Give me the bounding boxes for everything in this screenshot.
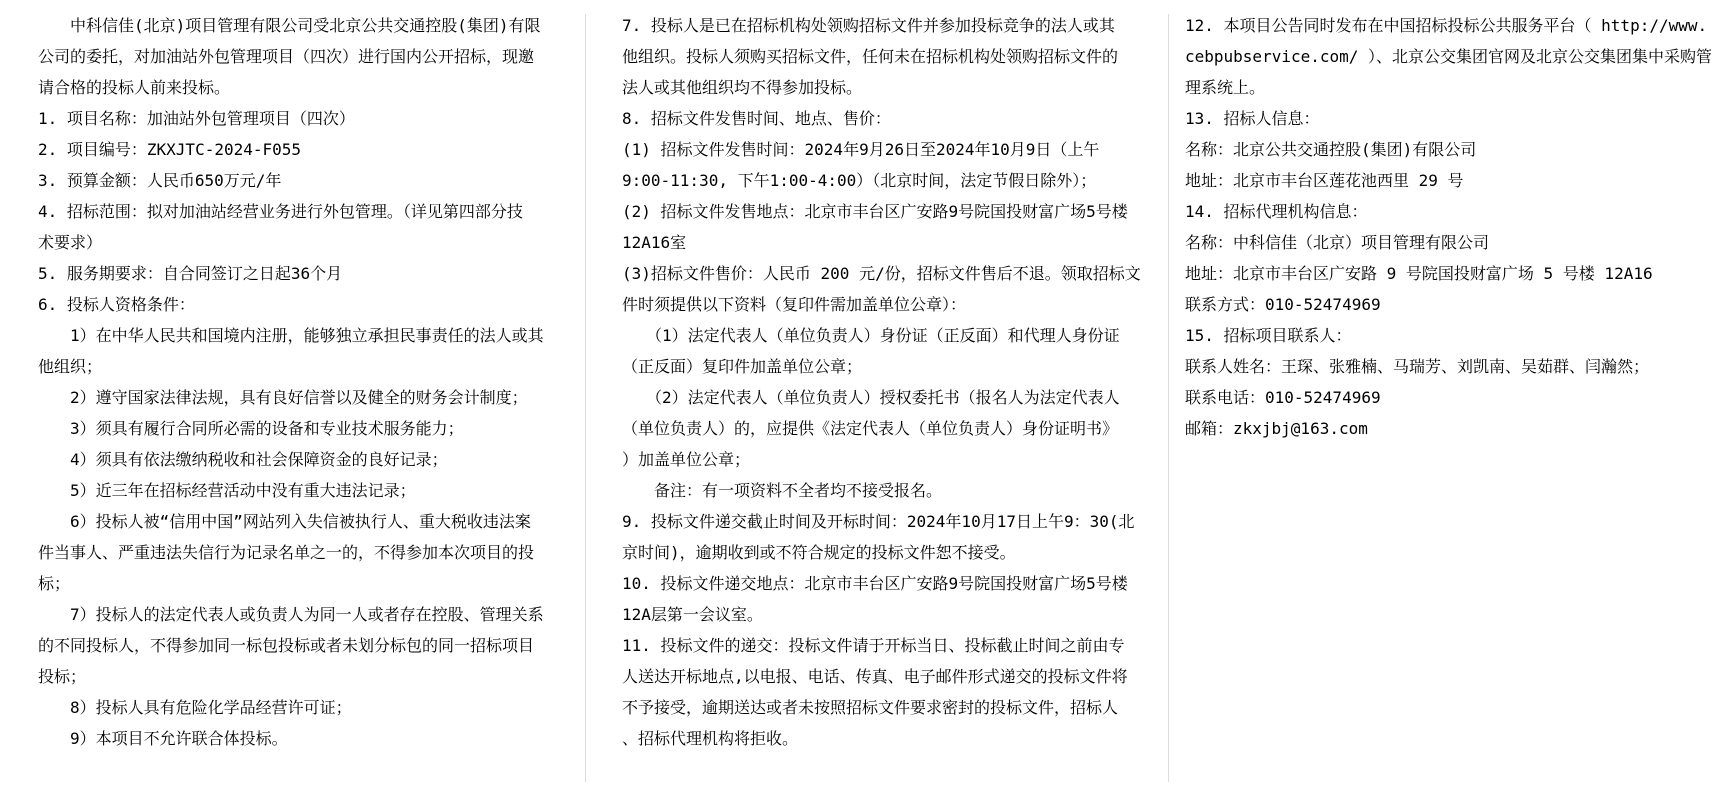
text-line: 他组织； xyxy=(38,351,583,382)
text-line: 中科信佳(北京)项目管理有限公司受北京公共交通控股(集团)有限 xyxy=(38,10,583,41)
text-line: 件当事人、严重违法失信行为记录名单之一的，不得参加本次项目的投 xyxy=(38,537,583,568)
text-line: 9:00-11:30, 下午1:00-4:00）（北京时间，法定节假日除外）； xyxy=(622,165,1127,196)
text-line: 地址：北京市丰台区莲花池西里 29 号 xyxy=(1185,165,1615,196)
document-page: 中科信佳(北京)项目管理有限公司受北京公共交通控股(集团)有限公司的委托，对加油… xyxy=(0,0,1724,787)
column-divider-1 xyxy=(585,14,586,782)
text-column-1: 中科信佳(北京)项目管理有限公司受北京公共交通控股(集团)有限公司的委托，对加油… xyxy=(38,10,583,754)
text-line: 3. 预算金额：人民币650万元/年 xyxy=(38,165,583,196)
text-line: 12. 本项目公告同时发布在中国招标投标公共服务平台（ http://www. xyxy=(1185,10,1615,41)
text-line: （单位负责人）的，应提供《法定代表人（单位负责人）身份证明书》 xyxy=(622,413,1127,444)
text-line: 、招标代理机构将拒收。 xyxy=(622,723,1127,754)
text-line: 9）本项目不允许联合体投标。 xyxy=(38,723,583,754)
text-line: 法人或其他组织均不得参加投标。 xyxy=(622,72,1127,103)
text-line: 件时须提供以下资料（复印件需加盖单位公章）： xyxy=(622,289,1127,320)
text-line: 8. 招标文件发售时间、地点、售价： xyxy=(622,103,1127,134)
text-line: 12A16室 xyxy=(622,227,1127,258)
text-line: (1) 招标文件发售时间：2024年9月26日至2024年10月9日（上午 xyxy=(622,134,1127,165)
text-line: 11. 投标文件的递交：投标文件请于开标当日、投标截止时间之前由专 xyxy=(622,630,1127,661)
text-line: 联系人姓名：王琛、张雅楠、马瑞芳、刘凯南、吴茹群、闫瀚然； xyxy=(1185,351,1615,382)
text-line: 1. 项目名称：加油站外包管理项目（四次） xyxy=(38,103,583,134)
text-line: 4）须具有依法缴纳税收和社会保障资金的良好记录； xyxy=(38,444,583,475)
text-line: 地址：北京市丰台区广安路 9 号院国投财富广场 5 号楼 12A16 xyxy=(1185,258,1615,289)
text-line: 12A层第一会议室。 xyxy=(622,599,1127,630)
text-line: 6）投标人被“信用中国”网站列入失信被执行人、重大税收违法案 xyxy=(38,506,583,537)
text-line: 6. 投标人资格条件： xyxy=(38,289,583,320)
text-line: 投标； xyxy=(38,661,583,692)
text-line: ）加盖单位公章； xyxy=(622,444,1127,475)
text-line: 名称：北京公共交通控股(集团)有限公司 xyxy=(1185,134,1615,165)
text-line: 理系统上。 xyxy=(1185,72,1615,103)
text-line: 邮箱：zkxjbj@163.com xyxy=(1185,413,1615,444)
text-line: 9. 投标文件递交截止时间及开标时间：2024年10月17日上午9：30(北 xyxy=(622,506,1127,537)
text-line: 5）近三年在招标经营活动中没有重大违法记录； xyxy=(38,475,583,506)
text-line: 术要求） xyxy=(38,227,583,258)
text-line: 他组织。投标人须购买招标文件，任何未在招标机构处领购招标文件的 xyxy=(622,41,1127,72)
text-line: 7）投标人的法定代表人或负责人为同一人或者存在控股、管理关系 xyxy=(38,599,583,630)
text-line: （正反面）复印件加盖单位公章； xyxy=(622,351,1127,382)
column-divider-2 xyxy=(1168,14,1169,782)
text-line: 8）投标人具有危险化学品经营许可证； xyxy=(38,692,583,723)
text-line: 1）在中华人民共和国境内注册，能够独立承担民事责任的法人或其 xyxy=(38,320,583,351)
text-column-3: 12. 本项目公告同时发布在中国招标投标公共服务平台（ http://www.c… xyxy=(1185,10,1615,444)
text-line: 京时间)，逾期收到或不符合规定的投标文件恕不接受。 xyxy=(622,537,1127,568)
text-line: 请合格的投标人前来投标。 xyxy=(38,72,583,103)
text-line: 的不同投标人，不得参加同一标包投标或者未划分标包的同一招标项目 xyxy=(38,630,583,661)
text-line: 标； xyxy=(38,568,583,599)
text-line: （1）法定代表人（单位负责人）身份证（正反面）和代理人身份证 xyxy=(622,320,1127,351)
text-line: 备注：有一项资料不全者均不接受报名。 xyxy=(622,475,1127,506)
text-line: 7. 投标人是已在招标机构处领购招标文件并参加投标竞争的法人或其 xyxy=(622,10,1127,41)
text-line: 4. 招标范围：拟对加油站经营业务进行外包管理。（详见第四部分技 xyxy=(38,196,583,227)
text-line: 2）遵守国家法律法规，具有良好信誉以及健全的财务会计制度； xyxy=(38,382,583,413)
text-line: 3）须具有履行合同所必需的设备和专业技术服务能力； xyxy=(38,413,583,444)
text-line: 联系方式：010-52474969 xyxy=(1185,289,1615,320)
text-column-2: 7. 投标人是已在招标机构处领购招标文件并参加投标竞争的法人或其他组织。投标人须… xyxy=(622,10,1127,754)
text-line: 名称：中科信佳（北京）项目管理有限公司 xyxy=(1185,227,1615,258)
text-line: 13. 招标人信息： xyxy=(1185,103,1615,134)
text-line: 不予接受，逾期送达或者未按照招标文件要求密封的投标文件，招标人 xyxy=(622,692,1127,723)
text-line: （2）法定代表人（单位负责人）授权委托书（报名人为法定代表人 xyxy=(622,382,1127,413)
text-line: 联系电话：010-52474969 xyxy=(1185,382,1615,413)
text-line: (3)招标文件售价：人民币 200 元/份，招标文件售后不退。领取招标文 xyxy=(622,258,1127,289)
text-line: cebpubservice.com/ ）、北京公交集团官网及北京公交集团集中采购… xyxy=(1185,41,1615,72)
text-line: 10. 投标文件递交地点：北京市丰台区广安路9号院国投财富广场5号楼 xyxy=(622,568,1127,599)
text-line: 14. 招标代理机构信息： xyxy=(1185,196,1615,227)
text-line: 5. 服务期要求：自合同签订之日起36个月 xyxy=(38,258,583,289)
text-line: (2) 招标文件发售地点：北京市丰台区广安路9号院国投财富广场5号楼 xyxy=(622,196,1127,227)
text-line: 公司的委托，对加油站外包管理项目（四次）进行国内公开招标，现邀 xyxy=(38,41,583,72)
text-line: 2. 项目编号：ZKXJTC-2024-F055 xyxy=(38,134,583,165)
text-line: 人送达开标地点,以电报、电话、传真、电子邮件形式递交的投标文件将 xyxy=(622,661,1127,692)
text-line: 15. 招标项目联系人： xyxy=(1185,320,1615,351)
